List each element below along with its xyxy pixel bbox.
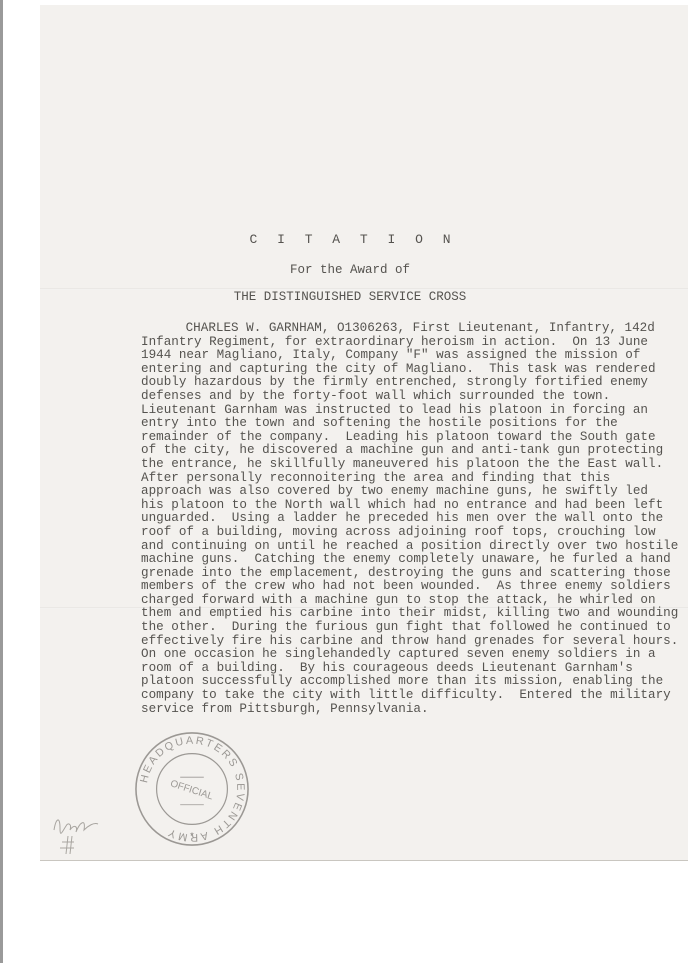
scan-edge: [0, 0, 3, 963]
citation-line: defenses and by the forty-foot wall whic…: [141, 389, 678, 403]
citation-line: the other. During the furious gun fight …: [141, 620, 678, 634]
citation-line: entry into the town and softening the ho…: [141, 416, 678, 430]
citation-line: members of the crew who had not been wou…: [141, 579, 678, 593]
citation-line: of the city, he discovered a machine gun…: [141, 443, 678, 457]
citation-line: room of a building. By his courageous de…: [141, 661, 678, 675]
document-subtitle: For the Award of: [0, 263, 700, 277]
citation-line: On one occasion he singlehandedly captur…: [141, 647, 678, 661]
citation-line: company to take the city with little dif…: [141, 688, 678, 702]
citation-line: his platoon to the North wall which had …: [141, 498, 678, 512]
citation-line: Infantry Regiment, for extraordinary her…: [141, 335, 678, 349]
citation-line: grenade into the emplacement, destroying…: [141, 566, 678, 580]
citation-line: unguarded. Using a ladder he preceded hi…: [141, 511, 678, 525]
citation-line: entering and capturing the city of Magli…: [141, 362, 678, 376]
svg-text:OFFICIAL: OFFICIAL: [169, 778, 215, 802]
citation-line: and continuing on until he reached a pos…: [141, 539, 678, 553]
citation-body: CHARLES W. GARNHAM, O1306263, First Lieu…: [141, 321, 695, 715]
citation-line: roof of a building, moving across adjoin…: [141, 525, 678, 539]
citation-line: effectively fire his carbine and throw h…: [141, 634, 678, 648]
citation-line: the entrance, he skillfully maneuvered h…: [141, 457, 678, 471]
handwritten-note: [48, 808, 118, 858]
citation-line: service from Pittsburgh, Pennsylvania.: [141, 702, 678, 716]
citation-line: doubly hazardous by the firmly entrenche…: [141, 375, 678, 389]
citation-line: machine guns. Catching the enemy complet…: [141, 552, 678, 566]
citation-line: remainder of the company. Leading his pl…: [141, 430, 678, 444]
citation-line: CHARLES W. GARNHAM, O1306263, First Lieu…: [141, 321, 678, 335]
citation-line: charged forward with a machine gun to st…: [141, 593, 678, 607]
award-name: THE DISTINGUISHED SERVICE CROSS: [0, 290, 700, 304]
svg-text:★: ★: [190, 830, 195, 839]
document-title: C I T A T I O N: [0, 232, 700, 247]
official-stamp: HEADQUARTERS SEVENTH ARMY OFFICIAL ★: [133, 730, 251, 848]
citation-line: Lieutenant Garnham was instructed to lea…: [141, 403, 678, 417]
citation-line: platoon successfully accomplished more t…: [141, 674, 678, 688]
citation-line: approach was also covered by two enemy m…: [141, 484, 678, 498]
citation-line: them and emptied his carbine into their …: [141, 606, 678, 620]
citation-line: 1944 near Magliano, Italy, Company "F" w…: [141, 348, 678, 362]
citation-line: After personally reconnoitering the area…: [141, 471, 678, 485]
